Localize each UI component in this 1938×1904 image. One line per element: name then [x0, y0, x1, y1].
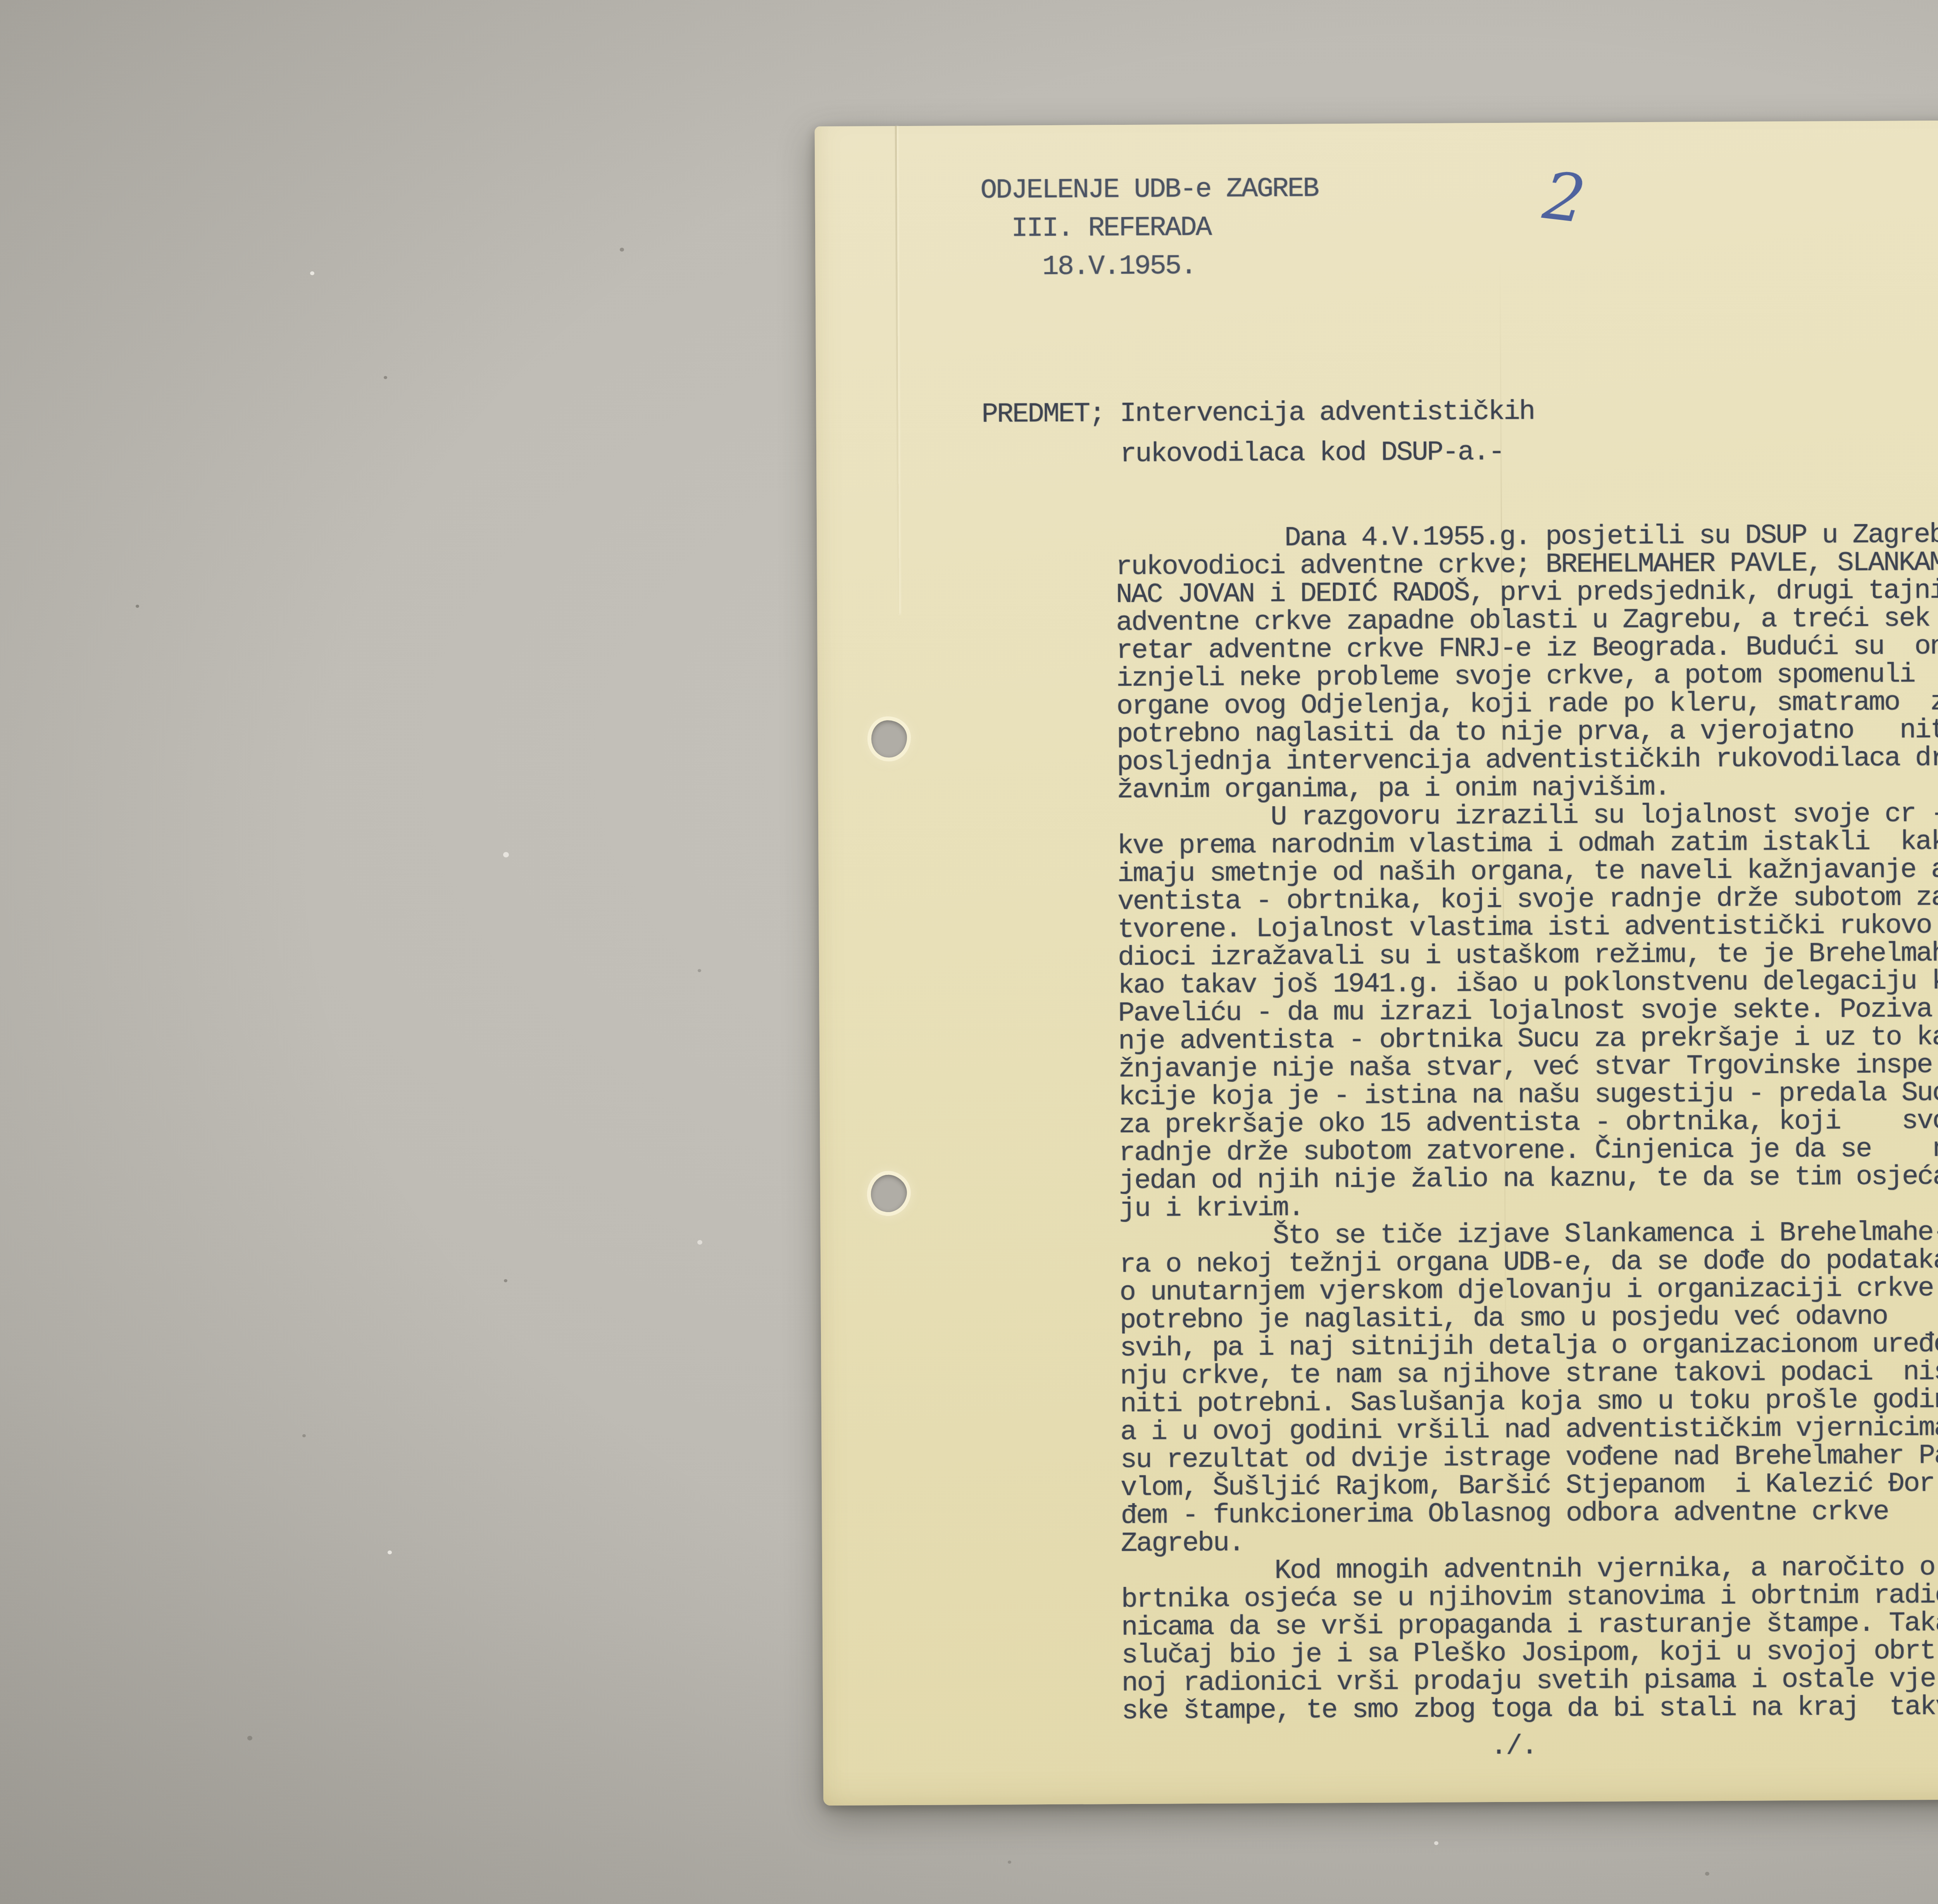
paper-crease-left: [895, 126, 900, 614]
cardboard-specks-light: [310, 271, 314, 275]
continuation-mark: ./.: [1490, 1733, 1536, 1761]
subject-block: PREDMET; Intervencija adventističkih ruk…: [981, 391, 1535, 475]
punch-hole-top: [871, 720, 907, 757]
punch-hole-bottom: [867, 1171, 910, 1216]
cardboard-specks-dark: [136, 605, 139, 608]
handwritten-page-number: 2: [1540, 158, 1590, 238]
body-text: Dana 4.V.1955.g. posjetili su DSUP u Zag…: [1116, 521, 1938, 1726]
scanned-document-photo: { "colors": { "paper": "#e8e0b8", "backd…: [0, 0, 1938, 1904]
letterhead-block: ODJELENJE UDB-e ZAGREB III. REFERADA 18.…: [980, 170, 1319, 287]
document-page: ODJELENJE UDB-e ZAGREB III. REFERADA 18.…: [815, 120, 1938, 1806]
